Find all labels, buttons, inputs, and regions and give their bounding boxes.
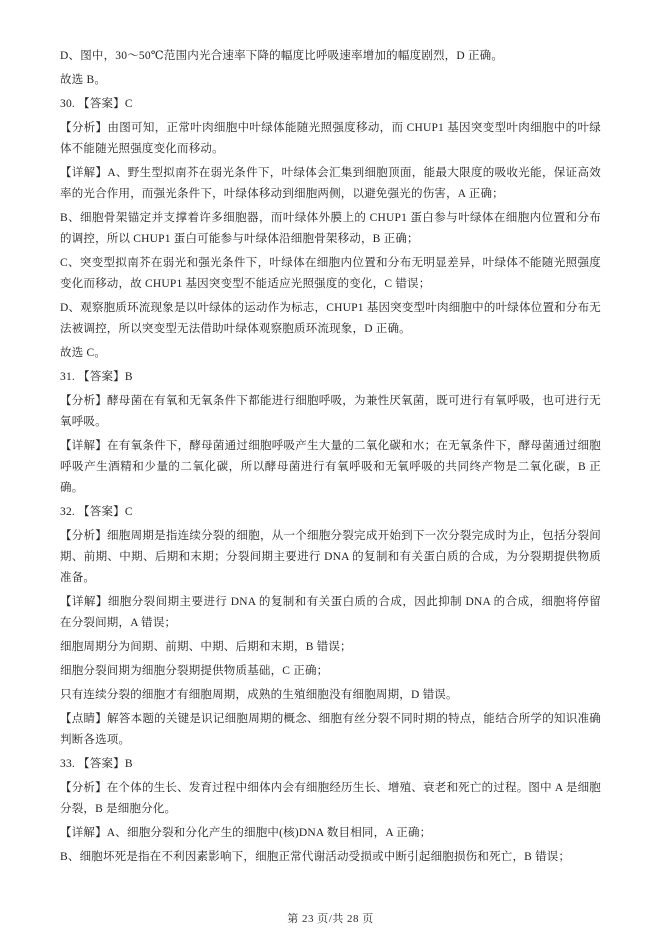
detail-30-option-a: 【详解】A、野生型拟南芥在弱光条件下，叶绿体会汇集到细胞顶面，能最大限度的吸收光… — [60, 163, 601, 205]
answer-32: 32. 【答案】C — [60, 502, 601, 523]
detail-30-option-d: D、观察胞质环流现象是以叶绿体的运动作为标志，CHUP1 基因突变型叶肉细胞中的… — [60, 298, 601, 340]
analysis-32: 【分析】细胞周期是指连续分裂的细胞，从一个细胞分裂完成开始到下一次分裂完成时为止… — [60, 526, 601, 589]
detail-30-option-c: C、突变型拟南芥在弱光和强光条件下，叶绿体在细胞内位置和分布无明显差异，叶绿体不… — [60, 253, 601, 295]
page-number-footer: 第 23 页/共 28 页 — [0, 910, 661, 926]
answer-31: 31. 【答案】B — [60, 367, 601, 388]
answer-30: 30. 【答案】C — [60, 94, 601, 115]
detail-32-option-d: 只有连续分裂的细胞才有细胞周期，成熟的生殖细胞没有细胞周期，D 错误。 — [60, 685, 601, 706]
answer-33: 33. 【答案】B — [60, 754, 601, 775]
tip-32: 【点睛】解答本题的关键是识记细胞周期的概念、细胞有丝分裂不同时期的特点，能结合所… — [60, 709, 601, 751]
analysis-30: 【分析】由图可知，正常叶肉细胞中叶绿体能随光照强度移动，而 CHUP1 基因突变… — [60, 118, 601, 160]
analysis-33: 【分析】在个体的生长、发育过程中细体内会有细胞经历生长、增殖、衰老和死亡的过程。… — [60, 778, 601, 820]
detail-31: 【详解】在有氧条件下，酵母菌通过细胞呼吸产生大量的二氧化碳和水；在无氧条件下，酵… — [60, 436, 601, 499]
detail-30-option-b: B、细胞骨架锚定并支撑着许多细胞器，而叶绿体外膜上的 CHUP1 蛋白参与叶绿体… — [60, 208, 601, 250]
detail-32-option-b: 细胞周期分为间期、前期、中期、后期和末期，B 错误； — [60, 637, 601, 658]
detail-33-option-a: 【详解】A、细胞分裂和分化产生的细胞中(核)DNA 数目相同，A 正确； — [60, 823, 601, 844]
analysis-31: 【分析】酵母菌在有氧和无氧条件下都能进行细胞呼吸，为兼性厌氧菌，既可进行有氧呼吸… — [60, 391, 601, 433]
conclusion-select-c: 故选 C。 — [60, 343, 601, 364]
detail-32-option-a: 【详解】细胞分裂间期主要进行 DNA 的复制和有关蛋白质的合成，因此抑制 DNA… — [60, 592, 601, 634]
detail-33-option-b: B、细胞坏死是指在不利因素影响下，细胞正常代谢活动受损或中断引起细胞损伤和死亡，… — [60, 847, 601, 868]
detail-32-option-c: 细胞分裂间期为细胞分裂期提供物质基础，C 正确； — [60, 661, 601, 682]
answer-sheet-body: D、图中，30～50℃范围内光合速率下降的幅度比呼吸速率增加的幅度剧烈，D 正确… — [60, 46, 601, 871]
document-page: { "document": { "background_color": "#ff… — [0, 0, 661, 935]
option-d-judgement: D、图中，30～50℃范围内光合速率下降的幅度比呼吸速率增加的幅度剧烈，D 正确… — [60, 46, 601, 67]
conclusion-select-b: 故选 B。 — [60, 70, 601, 91]
